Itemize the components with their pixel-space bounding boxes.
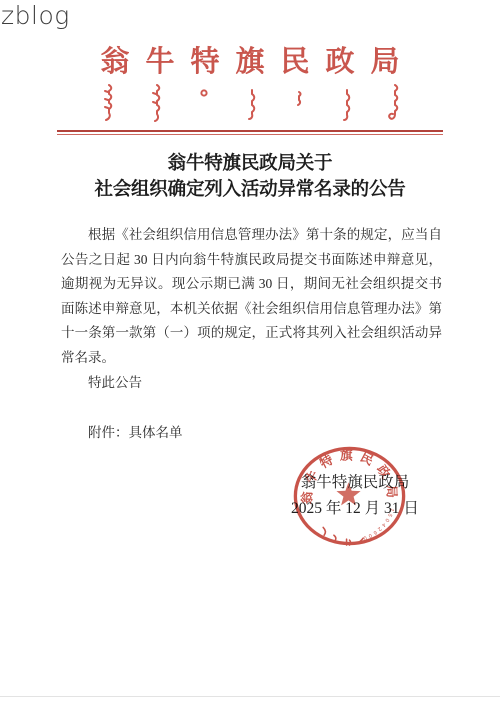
page-bottom-edge [0,696,500,697]
doc-title-line-2: 社会组织确定列入活动异常名录的公告 [0,177,500,203]
official-seal-icon: 翁牛特旗民政局 15042600 [291,445,408,547]
body-line: 十一条第一款第（一）项的规定，正式将其列入社会组织活动异 [61,321,442,346]
body-paragraph: 根据《社会组织信用信息管理办法》第十条的规定，应当自 公告之日起 30 日内向翁… [61,223,442,446]
body-line: 常名录。 [61,346,442,371]
mongolian-script-icon [85,84,415,122]
closing-line: 特此公告 [61,371,442,396]
doc-title: 翁牛特旗民政局关于 社会组织确定列入活动异常名录的公告 [0,151,500,203]
doc-title-line-1: 翁牛特旗民政局关于 [0,151,500,177]
body-line: 公告之日起 30 日内向翁牛特旗民政局提交书面陈述申辩意见， [61,248,442,273]
letterhead: 翁牛特旗民政局 [0,46,500,78]
letterhead-agency-name: 翁牛特旗民政局 [84,46,415,78]
body-line: 逾期视为无异议。现公示期已满 30 日，期间无社会组织提交书 [61,272,442,297]
body-line: 面陈述申辩意见，本机关依据《社会组织信用信息管理办法》第 [61,297,442,322]
watermark-text: zblog [1,1,70,30]
attachment-line: 附件：具体名单 [61,421,442,446]
letterhead-rule [57,130,443,135]
document-page: zblog 翁牛特旗民政局 翁牛特旗民政局关于 社会组织确定列入活动异常名录的公… [0,0,500,708]
body-line: 根据《社会组织信用信息管理办法》第十条的规定，应当自 [61,223,442,248]
seal-star-icon [336,482,360,505]
